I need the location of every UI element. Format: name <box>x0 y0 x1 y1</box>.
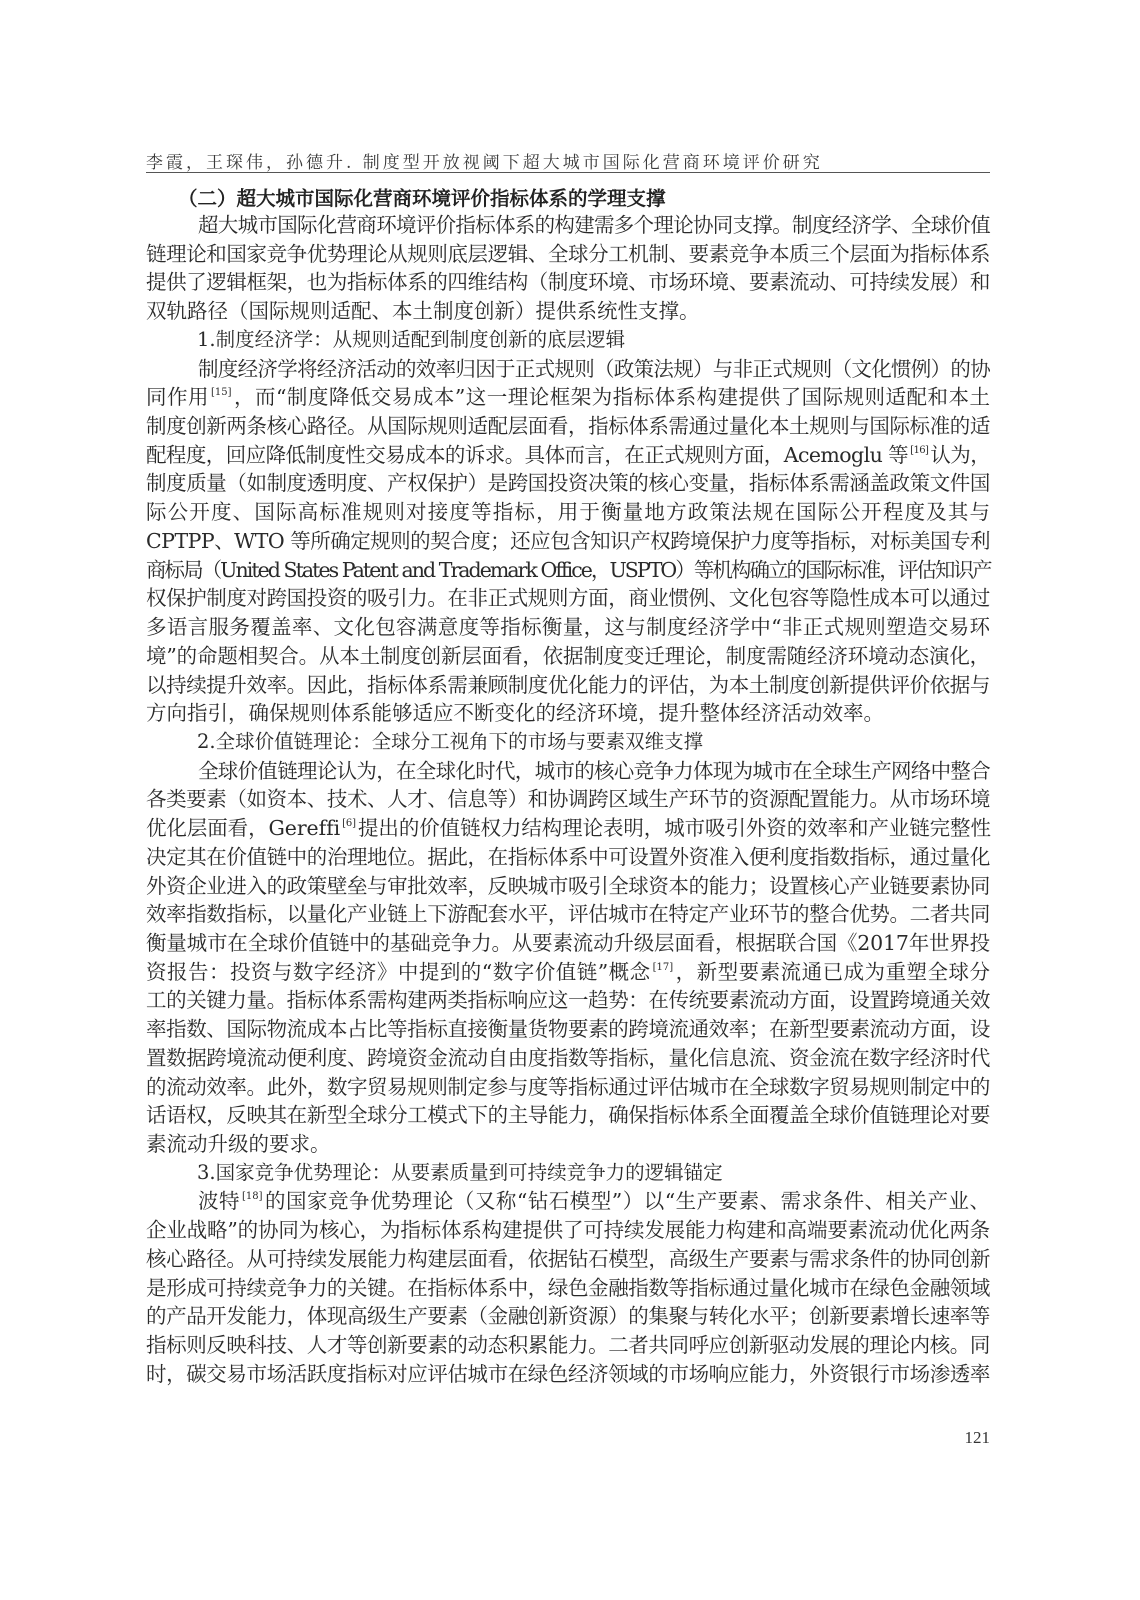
body-line: 核心路径。从可持续发展能力构建层面看，依据钻石模型，高级生产要素与需求条件的协同… <box>146 1245 990 1273</box>
body-line: 企业战略”的协同为核心，为指标体系构建提供了可持续发展能力构建和高端要素流动优化… <box>146 1216 990 1244</box>
body-line: 资报告：投资与数字经济》中提到的“数字价值链”概念[17]，新型要素流通已成为重… <box>146 958 990 986</box>
body-line: 配程度，回应降低制度性交易成本的诉求。具体而言，在正式规则方面，Acemoglu… <box>146 441 990 469</box>
citation-reference: [17] <box>653 962 674 973</box>
body-line: 链理论和国家竞争优势理论从规则底层逻辑、全球分工机制、要素竞争本质三个层面为指标… <box>146 240 990 268</box>
body-line: 方向指引，确保规则体系能够适应不断变化的经济环境，提升整体经济活动效率。 <box>146 699 990 727</box>
citation-reference: [6] <box>342 818 356 829</box>
body-line: 率指数、国际物流成本占比等指标直接衡量货物要素的跨境流通效率；在新型要素流动方面… <box>146 1015 990 1043</box>
subsection-heading: 1.制度经济学：从规则适配到制度创新的底层逻辑 <box>197 326 990 354</box>
section-heading: （二）超大城市国际化营商环境评价指标体系的学理支撑 <box>178 185 990 213</box>
body-line: 效率指数指标，以量化产业链上下游配套水平，评估城市在特定产业环节的整合优势。二者… <box>146 900 990 928</box>
body-line: 决定其在价值链中的治理地位。据此，在指标体系中可设置外资准入便利度指数指标，通过… <box>146 843 990 871</box>
body-line: 优化层面看，Gereffi[6]提出的价值链权力结构理论表明，城市吸引外资的效率… <box>146 814 990 842</box>
body-line: 时，碳交易市场活跃度指标对应评估城市在绿色经济领域的市场响应能力，外资银行市场渗… <box>146 1360 990 1388</box>
citation-reference: [15] <box>211 387 232 398</box>
body-line: 的流动效率。此外，数字贸易规则制定参与度等指标通过评估城市在全球数字贸易规则制定… <box>146 1073 990 1101</box>
body-line: 制度创新两条核心路径。从国际规则适配层面看，指标体系需通过量化本土规则与国际标准… <box>146 412 990 440</box>
body-line: 境”的命题相契合。从本土制度创新层面看，依据制度变迁理论，制度需随经济环境动态演… <box>146 642 990 670</box>
body-line: 际公开度、国际高标准规则对接度等指标，用于衡量地方政策法规在国际公开程度及其与 <box>146 498 990 526</box>
subsection-heading: 2.全球价值链理论：全球分工视角下的市场与要素双维支撑 <box>197 728 990 756</box>
body-line: 工的关键力量。指标体系需构建两类指标响应这一趋势：在传统要素流动方面，设置跨境通… <box>146 986 990 1014</box>
body-line: 多语言服务覆盖率、文化包容满意度等指标衡量，这与制度经济学中“非正式规则塑造交易… <box>146 613 990 641</box>
body-line: 全球价值链理论认为，在全球化时代，城市的核心竞争力体现为城市在全球生产网络中整合 <box>198 757 990 785</box>
body-line: 以持续提升效率。因此，指标体系需兼顾制度优化能力的评估，为本土制度创新提供评价依… <box>146 671 990 699</box>
body-line: 衡量城市在全球价值链中的基础竞争力。从要素流动升级层面看，根据联合国《2017年… <box>146 929 990 957</box>
subsection-heading: 3.国家竞争优势理论：从要素质量到可持续竞争力的逻辑锚定 <box>197 1159 990 1187</box>
citation-reference: [18] <box>242 1191 263 1202</box>
body-line: 话语权，反映其在新型全球分工模式下的主导能力，确保指标体系全面覆盖全球价值链理论… <box>146 1101 990 1129</box>
body-line: 制度经济学将经济活动的效率归因于正式规则（政策法规）与非正式规则（文化惯例）的协 <box>198 355 990 383</box>
body-line: CPTPP、WTO 等所确定规则的契合度；还应包含知识产权跨境保护力度等指标，对… <box>146 527 990 555</box>
body-line: 波特[18]的国家竞争优势理论（又称“钻石模型”）以“生产要素、需求条件、相关产… <box>198 1187 990 1215</box>
body-line: 权保护制度对跨国投资的吸引力。在非正式规则方面，商业惯例、文化包容等隐性成本可以… <box>146 584 990 612</box>
body-line: 商标局（United States Patent and Trademark O… <box>146 556 990 584</box>
body-line: 置数据跨境流动便利度、跨境资金流动自由度指数等指标，量化信息流、资金流在数字经济… <box>146 1044 990 1072</box>
body-line: 的产品开发能力，体现高级生产要素（金融创新资源）的集聚与转化水平；创新要素增长速… <box>146 1302 990 1330</box>
body-line: 指标则反映科技、人才等创新要素的动态积累能力。二者共同呼应创新驱动发展的理论内核… <box>146 1331 990 1359</box>
body-line: 各类要素（如资本、技术、人才、信息等）和协调跨区域生产环节的资源配置能力。从市场… <box>146 785 990 813</box>
citation-reference: [16] <box>910 445 928 456</box>
body-line: 制度质量（如制度透明度、产权保护）是跨国投资决策的核心变量，指标体系需涵盖政策文… <box>146 469 990 497</box>
running-head: 李霞，王琛伟，孙德升. 制度型开放视阈下超大城市国际化营商环境评价研究 <box>146 148 990 173</box>
page-number: 121 <box>940 1428 990 1448</box>
body-line: 提供了逻辑框架，也为指标体系的四维结构（制度环境、市场环境、要素流动、可持续发展… <box>146 268 990 296</box>
body-line: 外资企业进入的政策壁垒与审批效率，反映城市吸引全球资本的能力；设置核心产业链要素… <box>146 872 990 900</box>
body-line: 双轨路径（国际规则适配、本土制度创新）提供系统性支撑。 <box>146 297 990 325</box>
body-line: 是形成可持续竞争力的关键。在指标体系中，绿色金融指数等指标通过量化城市在绿色金融… <box>146 1274 990 1302</box>
body-line: 超大城市国际化营商环境评价指标体系的构建需多个理论协同支撑。制度经济学、全球价值 <box>198 211 990 239</box>
body-line: 同作用[15]，而“制度降低交易成本”这一理论框架为指标体系构建提供了国际规则适… <box>146 383 990 411</box>
header-rule <box>146 172 990 173</box>
body-line: 素流动升级的要求。 <box>146 1130 990 1158</box>
